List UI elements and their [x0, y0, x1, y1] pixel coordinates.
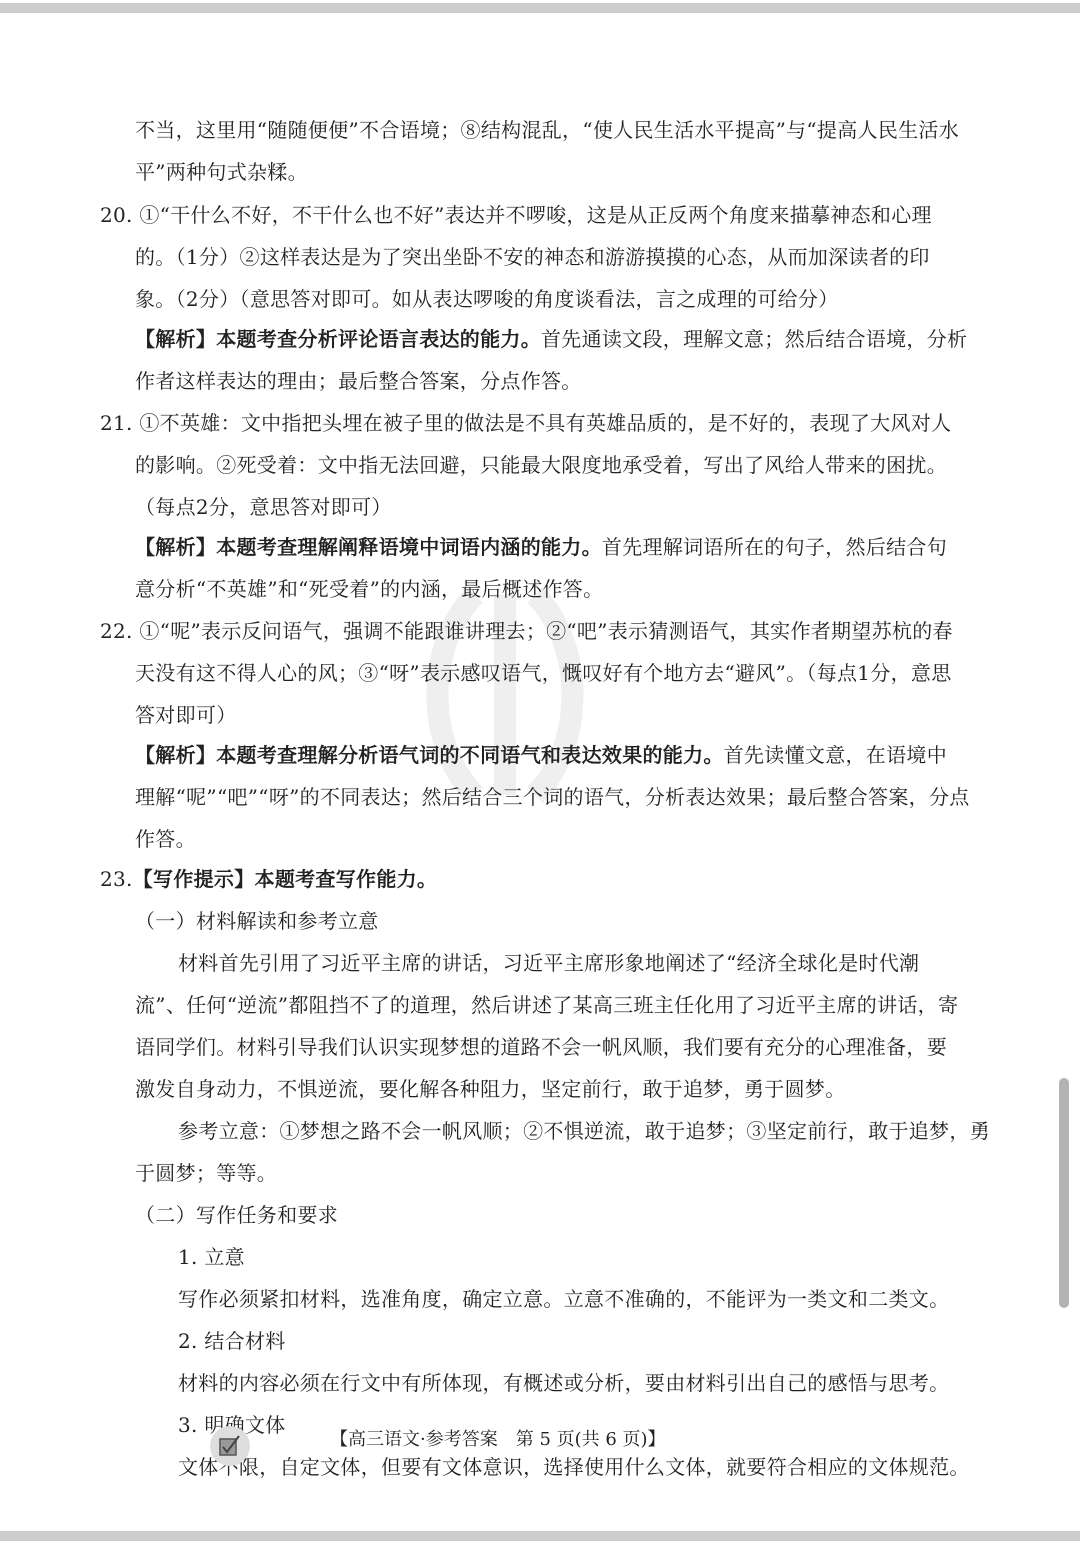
line-text: 流”、任何“逆流”都阻挡不了的道理，然后讲述了某高三班主任化用了习近平主席的讲话… — [135, 993, 958, 1017]
text-line: 21. ①不英雄：文中指把头埋在被子里的做法是不具有英雄品质的，是不好的，表现了… — [100, 411, 951, 435]
watermark-logo-icon — [405, 585, 605, 805]
line-text: 首先通读文段，理解文意；然后结合语境，分析 — [541, 327, 967, 351]
line-text: 的。（1分）②这样表达是为了突出坐卧不安的神态和游游摸摸的心态，从而加深读者的印 — [135, 245, 930, 269]
line-text: 平”两种句式杂糅。 — [135, 160, 308, 184]
line-text: 参考立意：①梦想之路不会一帆风顺；②不惧逆流，敢于追梦；③坚定前行，敢于追梦，勇 — [178, 1119, 990, 1143]
text-line: 象。（2分）（意思答对即可。如从表达啰唆的角度谈看法，言之成理的可给分） — [135, 287, 839, 311]
line-text: （每点2分，意思答对即可） — [135, 495, 392, 519]
line-text: 象。（2分）（意思答对即可。如从表达啰唆的角度谈看法，言之成理的可给分） — [135, 287, 839, 311]
text-line: （一）材料解读和参考立意 — [135, 909, 379, 933]
text-line: 23.【写作提示】本题考查写作能力。 — [100, 867, 437, 891]
analysis-heading: 【解析】本题考查理解阐释语境中词语内涵的能力。 — [135, 535, 602, 559]
text-line: 文体不限，自定文体，但要有文体意识，选择使用什么文体，就要符合相应的文体规范。 — [178, 1455, 970, 1479]
line-text: （一）材料解读和参考立意 — [135, 909, 379, 933]
text-line: 材料的内容必须在行文中有所体现，有概述或分析，要由材料引出自己的感悟与思考。 — [178, 1371, 949, 1395]
line-text: 材料的内容必须在行文中有所体现，有概述或分析，要由材料引出自己的感悟与思考。 — [178, 1371, 949, 1395]
line-text: 首先理解词语所在的句子，然后结合句 — [602, 535, 947, 559]
text-line: 不当，这里用“随随便便”不合语境；⑧结构混乱，“使人民生活水平提高”与“提高人民… — [135, 118, 959, 142]
line-text: 意分析“不英雄”和“死受着”的内涵，最后概述作答。 — [135, 577, 603, 601]
analysis-heading: 【解析】本题考查理解分析语气词的不同语气和表达效果的能力。 — [135, 743, 724, 767]
text-line: （每点2分，意思答对即可） — [135, 495, 392, 519]
text-line: 2. 结合材料 — [178, 1329, 286, 1353]
line-text: 2. 结合材料 — [178, 1329, 286, 1353]
line-text: 于圆梦；等等。 — [135, 1161, 277, 1185]
text-line: 答对即可） — [135, 703, 237, 727]
line-text: 材料首先引用了习近平主席的讲话，习近平主席形象地阐述了“经济全球化是时代潮 — [178, 951, 919, 975]
analysis-heading: 【解析】本题考查分析评论语言表达的能力。 — [135, 327, 541, 351]
text-line: 语同学们。材料引导我们认识实现梦想的道路不会一帆风顺，我们要有充分的心理准备，要 — [135, 1035, 947, 1059]
line-text: 语同学们。材料引导我们认识实现梦想的道路不会一帆风顺，我们要有充分的心理准备，要 — [135, 1035, 947, 1059]
text-line: 【解析】本题考查理解阐释语境中词语内涵的能力。首先理解词语所在的句子，然后结合句 — [135, 535, 947, 559]
text-line: 作者这样表达的理由；最后整合答案，分点作答。 — [135, 369, 582, 393]
text-line: 参考立意：①梦想之路不会一帆风顺；②不惧逆流，敢于追梦；③坚定前行，敢于追梦，勇 — [178, 1119, 990, 1143]
text-line: 理解“呢”“吧”“呀”的不同表达；然后结合三个词的语气，分析表达效果；最后整合答… — [135, 785, 970, 809]
text-line: 于圆梦；等等。 — [135, 1161, 277, 1185]
text-line: 22. ①“呢”表示反问语气，强调不能跟谁讲理去；②“吧”表示猜测语气，其实作者… — [100, 619, 953, 643]
text-line: 平”两种句式杂糅。 — [135, 160, 308, 184]
page-footer: 【高三语文·参考答案 第 5 页(共 6 页)】 — [330, 1428, 666, 1452]
text-line: 意分析“不英雄”和“死受着”的内涵，最后概述作答。 — [135, 577, 603, 601]
text-line: 天没有这不得人心的风；③“呀”表示感叹语气，慨叹好有个地方去“避风”。（每点1分… — [135, 661, 952, 685]
line-text: 21. ①不英雄：文中指把头埋在被子里的做法是不具有英雄品质的，是不好的，表现了… — [100, 411, 951, 435]
line-text: 20. ①“干什么不好，不干什么也不好”表达并不啰唆，这是从正反两个角度来描摹神… — [100, 203, 932, 227]
text-line: （二）写作任务和要求 — [135, 1203, 338, 1227]
line-text: 天没有这不得人心的风；③“呀”表示感叹语气，慨叹好有个地方去“避风”。（每点1分… — [135, 661, 952, 685]
line-text: 1. 立意 — [178, 1245, 245, 1269]
text-line: 的影响。②死受着：文中指无法回避，只能最大限度地承受着，写出了风给人带来的困扰。 — [135, 453, 947, 477]
text-line: 写作必须紧扣材料，选准角度，确定立意。立意不准确的，不能评为一类文和二类文。 — [178, 1287, 949, 1311]
line-text: 答对即可） — [135, 703, 237, 727]
text-line: 作答。 — [135, 827, 196, 851]
analysis-heading: 【写作提示】本题考查写作能力。 — [133, 867, 438, 891]
line-text: 作者这样表达的理由；最后整合答案，分点作答。 — [135, 369, 582, 393]
line-text: 写作必须紧扣材料，选准角度，确定立意。立意不准确的，不能评为一类文和二类文。 — [178, 1287, 949, 1311]
line-text: 文体不限，自定文体，但要有文体意识，选择使用什么文体，就要符合相应的文体规范。 — [178, 1455, 970, 1479]
line-text: （二）写作任务和要求 — [135, 1203, 338, 1227]
line-text: 激发自身动力，不惧逆流，要化解各种阻力，坚定前行，敢于追梦，勇于圆梦。 — [135, 1077, 846, 1101]
text-line: 的。（1分）②这样表达是为了突出坐卧不安的神态和游游摸摸的心态，从而加深读者的印 — [135, 245, 930, 269]
line-text: 的影响。②死受着：文中指无法回避，只能最大限度地承受着，写出了风给人带来的困扰。 — [135, 453, 947, 477]
line-text: 首先读懂文意，在语境中 — [724, 743, 947, 767]
line-text: 理解“呢”“吧”“呀”的不同表达；然后结合三个词的语气，分析表达效果；最后整合答… — [135, 785, 970, 809]
vertical-scrollbar[interactable] — [1059, 1078, 1069, 1308]
line-text: 不当，这里用“随随便便”不合语境；⑧结构混乱，“使人民生活水平提高”与“提高人民… — [135, 118, 959, 142]
checkbox-edit-icon — [218, 1433, 242, 1459]
bottom-toolbar-edge — [0, 1531, 1080, 1541]
text-line: 【解析】本题考查理解分析语气词的不同语气和表达效果的能力。首先读懂文意，在语境中 — [135, 743, 947, 767]
text-line: 材料首先引用了习近平主席的讲话，习近平主席形象地阐述了“经济全球化是时代潮 — [178, 951, 919, 975]
text-line: 激发自身动力，不惧逆流，要化解各种阻力，坚定前行，敢于追梦，勇于圆梦。 — [135, 1077, 846, 1101]
line-text: 作答。 — [135, 827, 196, 851]
text-line: 1. 立意 — [178, 1245, 245, 1269]
line-text: 22. ①“呢”表示反问语气，强调不能跟谁讲理去；②“吧”表示猜测语气，其实作者… — [100, 619, 953, 643]
top-toolbar-edge — [0, 3, 1080, 13]
text-line: 流”、任何“逆流”都阻挡不了的道理，然后讲述了某高三班主任化用了习近平主席的讲话… — [135, 993, 958, 1017]
question-number: 23. — [100, 867, 133, 891]
text-line: 【解析】本题考查分析评论语言表达的能力。首先通读文段，理解文意；然后结合语境，分… — [135, 327, 967, 351]
text-line: 20. ①“干什么不好，不干什么也不好”表达并不啰唆，这是从正反两个角度来描摹神… — [100, 203, 932, 227]
edit-checkbox-button[interactable] — [210, 1426, 250, 1466]
